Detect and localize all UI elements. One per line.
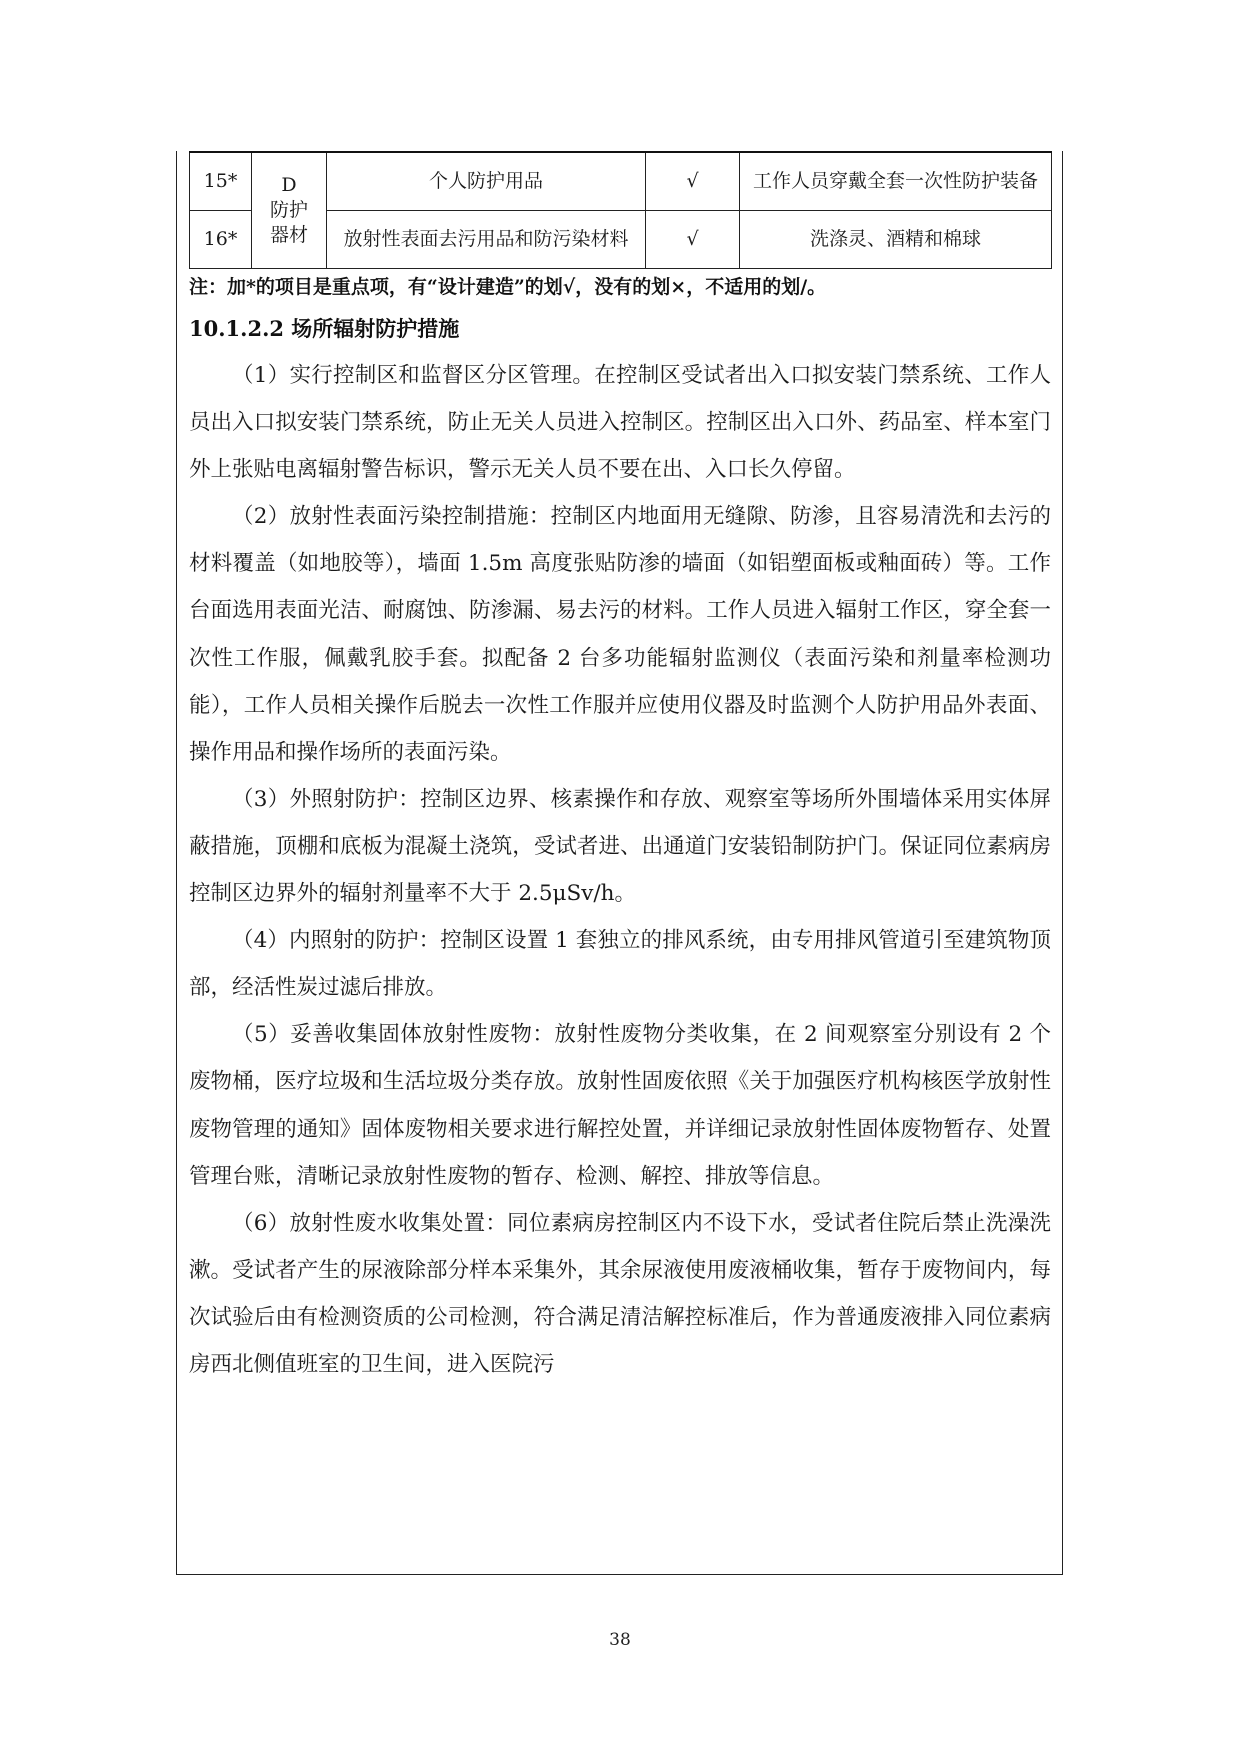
paragraph-5: （5）妥善收集固体放射性废物：放射性废物分类收集，在 2 间观察室分别设有 2 … bbox=[189, 1011, 1051, 1199]
row-number: 15* bbox=[190, 152, 252, 211]
category-code: D bbox=[258, 173, 320, 198]
protection-equipment-table: 15* D 防护 器材 个人防护用品 √ 工作人员穿戴全套一次性防护装备 16*… bbox=[189, 151, 1052, 269]
body-text: （1）实行控制区和监督区分区管理。在控制区受试者出入口拟安装门禁系统、工作人员出… bbox=[189, 352, 1051, 1388]
table-row: 15* D 防护 器材 个人防护用品 √ 工作人员穿戴全套一次性防护装备 bbox=[190, 152, 1052, 211]
item-name: 个人防护用品 bbox=[327, 152, 646, 211]
item-name: 放射性表面去污用品和防污染材料 bbox=[327, 211, 646, 269]
paragraph-3: （3）外照射防护：控制区边界、核素操作和存放、观察室等场所外围墙体采用实体屏蔽措… bbox=[189, 776, 1051, 917]
remark: 工作人员穿戴全套一次性防护装备 bbox=[740, 152, 1052, 211]
check-mark: √ bbox=[646, 211, 740, 269]
section-heading: 10.1.2.2 场所辐射防护措施 bbox=[189, 313, 459, 343]
paragraph-6: （6）放射性废水收集处置：同位素病房控制区内不设下水，受试者住院后禁止洗澡洗漱。… bbox=[189, 1200, 1051, 1388]
category-label-line1: 防护 bbox=[258, 198, 320, 223]
category-cell: D 防护 器材 bbox=[252, 152, 327, 269]
paragraph-4: （4）内照射的防护：控制区设置 1 套独立的排风系统，由专用排风管道引至建筑物顶… bbox=[189, 917, 1051, 1011]
row-number: 16* bbox=[190, 211, 252, 269]
category-label-line2: 器材 bbox=[258, 223, 320, 248]
table-note: 注：加*的项目是重点项，有“设计建造”的划√，没有的划×，不适用的划/。 bbox=[189, 272, 826, 299]
check-mark: √ bbox=[646, 152, 740, 211]
page-number: 38 bbox=[0, 1630, 1240, 1650]
remark: 洗涤灵、酒精和棉球 bbox=[740, 211, 1052, 269]
paragraph-2: （2）放射性表面污染控制措施：控制区内地面用无缝隙、防渗，且容易清洗和去污的材料… bbox=[189, 493, 1051, 776]
paragraph-1: （1）实行控制区和监督区分区管理。在控制区受试者出入口拟安装门禁系统、工作人员出… bbox=[189, 352, 1051, 493]
